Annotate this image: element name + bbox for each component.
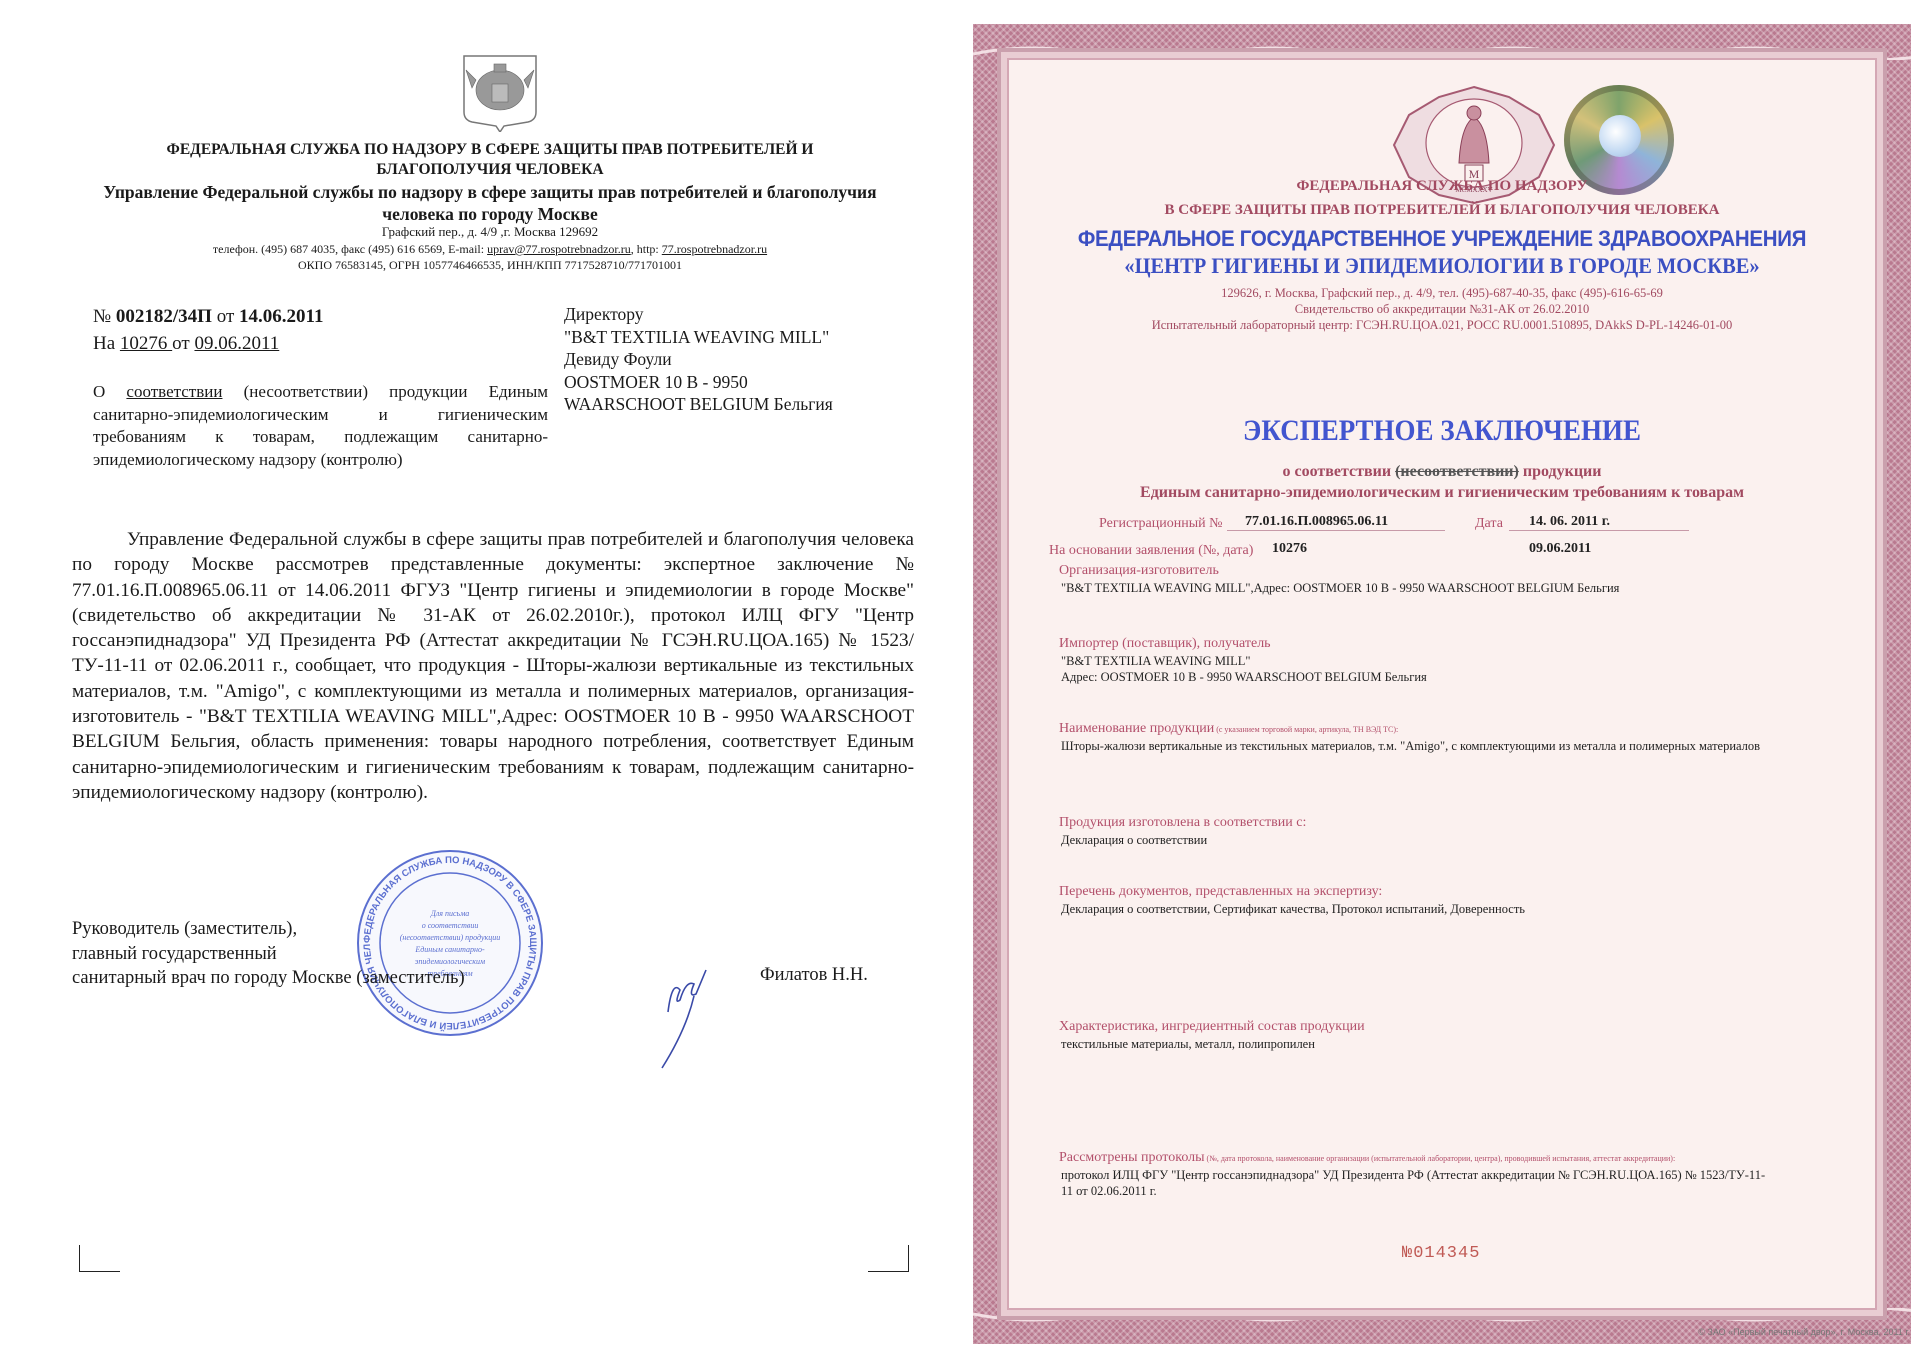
corner-mark-left xyxy=(79,1245,120,1272)
section-label: Импортер (поставщик), получатель xyxy=(1059,636,1271,652)
cert-agency-line2: В СФЕРЕ ЗАЩИТЫ ПРАВ ПОТРЕБИТЕЛЕЙ И БЛАГО… xyxy=(1009,202,1875,219)
cert-institution-line2: «ЦЕНТР ГИГИЕНЫ И ЭПИДЕМИОЛОГИИ В ГОРОДЕ … xyxy=(1039,253,1844,279)
addressee-street: OOSTMOER 10 B - 9950 xyxy=(564,371,833,394)
guilloche-border-bottom xyxy=(973,1308,1911,1326)
expert-conclusion-certificate: M MCMXXXV ФЕДЕРАЛЬНАЯ СЛУЖБА ПО НАДЗОРУ … xyxy=(973,24,1911,1344)
addressee-name: Девиду Фоули xyxy=(564,348,833,371)
section-value-line: Шторы-жалюзи вертикальные из текстильных… xyxy=(1061,738,1760,754)
addressee-city: WAARSCHOOT BELGIUM Бельгия xyxy=(564,393,833,416)
date-value: 14. 06. 2011 г. xyxy=(1529,514,1610,530)
letter-address: Графский пер., д. 4/9 ,г. Москва 129692 xyxy=(100,224,880,240)
official-letter: ФЕДЕРАЛЬНАЯ СЛУЖБА ПО НАДЗОРУ В СФЕРЕ ЗА… xyxy=(0,0,930,1359)
section-value: Декларация о соответствии xyxy=(1061,832,1207,848)
section-value: Шторы-жалюзи вертикальные из текстильных… xyxy=(1061,738,1760,754)
section-value: протокол ИЛЦ ФГУ "Центр госсанэпиднадзор… xyxy=(1061,1167,1765,1199)
registration-label: Регистрационный № xyxy=(1099,516,1223,532)
corner-mark-right xyxy=(868,1245,909,1272)
section-value-line: Адрес: OOSTMOER 10 B - 9950 WAARSCHOOT B… xyxy=(1061,669,1427,685)
letter-contacts: телефон. (495) 687 4035, факс (495) 616 … xyxy=(100,241,880,257)
letter-number: 002182/34П xyxy=(116,306,212,327)
reply-reference: На 10276 от 09.06.2011 xyxy=(93,330,323,357)
cert-address: 129626, г. Москва, Графский пер., д. 4/9… xyxy=(1009,286,1875,301)
printer-copyright: © ЗАО «Первый печатный двор», г. Москва,… xyxy=(1698,1327,1910,1337)
section-label: Перечень документов, представленных на э… xyxy=(1059,884,1382,900)
section-label: Рассмотрены протоколы (№, дата протокола… xyxy=(1059,1150,1675,1166)
contacts-text: , http: xyxy=(631,242,662,256)
from-word: от xyxy=(212,306,239,327)
section-value-line: "B&T TEXTILIA WEAVING MILL" xyxy=(1061,653,1427,669)
certificate-body: M MCMXXXV ФЕДЕРАЛЬНАЯ СЛУЖБА ПО НАДЗОРУ … xyxy=(1007,58,1877,1310)
letter-subject: О соответствии (несоответствии) продукци… xyxy=(93,381,548,471)
signer-role-line2: главный государственный xyxy=(72,942,465,967)
letter-body-paragraph: Управление Федеральной службы в сфере за… xyxy=(72,527,914,805)
signature-block: Руководитель (заместитель), главный госу… xyxy=(72,917,465,991)
section-label: Характеристика, ингредиентный состав про… xyxy=(1059,1019,1365,1035)
registration-underline xyxy=(1227,530,1445,531)
subject-underlined: соответствии xyxy=(126,382,222,401)
number-sign: № xyxy=(93,306,116,327)
application-date: 09.06.2011 xyxy=(1529,541,1591,557)
section-value-line: "B&T TEXTILIA WEAVING MILL",Адрес: OOSTM… xyxy=(1061,580,1619,596)
handwritten-signature-icon xyxy=(650,950,720,1070)
subtitle-struck: (несоответствии) xyxy=(1395,463,1519,480)
cert-title: ЭКСПЕРТНОЕ ЗАКЛЮЧЕНИЕ xyxy=(1052,414,1831,448)
outgoing-number: № 002182/34П от 14.06.2011 xyxy=(93,303,323,330)
section-value: текстильные материалы, металл, полипропи… xyxy=(1061,1036,1315,1052)
cert-agency-line1: ФЕДЕРАЛЬНАЯ СЛУЖБА ПО НАДЗОРУ xyxy=(1009,178,1875,195)
letter-reference: № 002182/34П от 14.06.2011 На 10276 от 0… xyxy=(93,303,323,357)
reply-from: от xyxy=(172,333,194,354)
contacts-text: телефон. (495) 687 4035, факс (495) 616 … xyxy=(213,242,487,256)
section-value-line: 11 от 02.06.2011 г. xyxy=(1061,1183,1765,1199)
letter-body: Управление Федеральной службы в сфере за… xyxy=(72,527,914,805)
hologram-globe-icon xyxy=(1599,115,1641,157)
section-value-line: Декларация о соответствии, Сертификат ка… xyxy=(1061,901,1525,917)
subtitle-suffix: продукции xyxy=(1519,463,1602,480)
signer-name: Филатов Н.Н. xyxy=(760,965,868,986)
section-label-note: (№, дата протокола, наименование организ… xyxy=(1205,1154,1676,1163)
signer-role-line3: санитарный врач по городу Москве (замест… xyxy=(72,966,465,991)
cert-institution-line1: ФЕДЕРАЛЬНОЕ ГОСУДАРСТВЕННОЕ УЧРЕЖДЕНИЕ З… xyxy=(1039,226,1844,252)
section-label: Наименование продукции (с указанием торг… xyxy=(1059,721,1398,737)
subtitle-prefix: о соответствии xyxy=(1283,463,1396,480)
section-value: "B&T TEXTILIA WEAVING MILL",Адрес: OOSTM… xyxy=(1061,580,1619,596)
cert-subtitle: о соответствии (несоответствии) продукци… xyxy=(1009,463,1875,481)
cert-serial-number: №014345 xyxy=(1402,1244,1480,1263)
section-value: "B&T TEXTILIA WEAVING MILL"Адрес: OOSTMO… xyxy=(1061,653,1427,685)
letter-agency-title: ФЕДЕРАЛЬНАЯ СЛУЖБА ПО НАДЗОРУ В СФЕРЕ ЗА… xyxy=(100,140,880,180)
cert-lab-center: Испытательный лабораторный центр: ГСЭН.R… xyxy=(1009,318,1875,333)
section-label: Продукция изготовлена в соответствии с: xyxy=(1059,815,1306,831)
addressee-block: Директору "B&T TEXTILIA WEAVING MILL" Де… xyxy=(564,303,833,416)
addressee-company: "B&T TEXTILIA WEAVING MILL" xyxy=(564,326,833,349)
application-number: 10276 xyxy=(1272,541,1307,557)
section-value-line: протокол ИЛЦ ФГУ "Центр госсанэпиднадзор… xyxy=(1061,1167,1765,1183)
section-value-line: текстильные материалы, металл, полипропи… xyxy=(1061,1036,1315,1052)
letter-date: 14.06.2011 xyxy=(239,306,323,327)
date-label: Дата xyxy=(1475,516,1503,532)
website-link[interactable]: 77.rospotrebnadzor.ru xyxy=(662,242,767,256)
subject-prefix: О xyxy=(93,382,126,401)
russian-coat-of-arms-icon xyxy=(458,50,542,132)
signer-role-line1: Руководитель (заместитель), xyxy=(72,917,465,942)
reply-date: 09.06.2011 xyxy=(194,333,279,354)
date-underline xyxy=(1509,530,1689,531)
section-label-note: (с указанием торговой марки, артикула, Т… xyxy=(1214,725,1398,734)
reply-prefix: На xyxy=(93,333,120,354)
cert-accreditation: Свидетельство об аккредитации №31-АК от … xyxy=(1009,302,1875,317)
section-value-line: Декларация о соответствии xyxy=(1061,832,1207,848)
registration-number: 77.01.16.П.008965.06.11 xyxy=(1245,514,1388,530)
letter-registry-codes: ОКПО 76583145, ОГРН 1057746466535, ИНН/К… xyxy=(100,257,880,273)
reply-number: 10276 xyxy=(120,333,172,354)
email-link[interactable]: uprav@77.rospotrebnadzor.ru xyxy=(487,242,631,256)
cert-subtitle-2: Единым санитарно-эпидемиологическим и ги… xyxy=(1009,484,1875,502)
application-label: На основании заявления (№, дата) xyxy=(1049,543,1253,559)
section-label: Организация-изготовитель xyxy=(1059,563,1219,579)
addressee-title: Директору xyxy=(564,303,833,326)
letter-department-title: Управление Федеральной службы по надзору… xyxy=(100,181,880,225)
section-value: Декларация о соответствии, Сертификат ка… xyxy=(1061,901,1525,917)
